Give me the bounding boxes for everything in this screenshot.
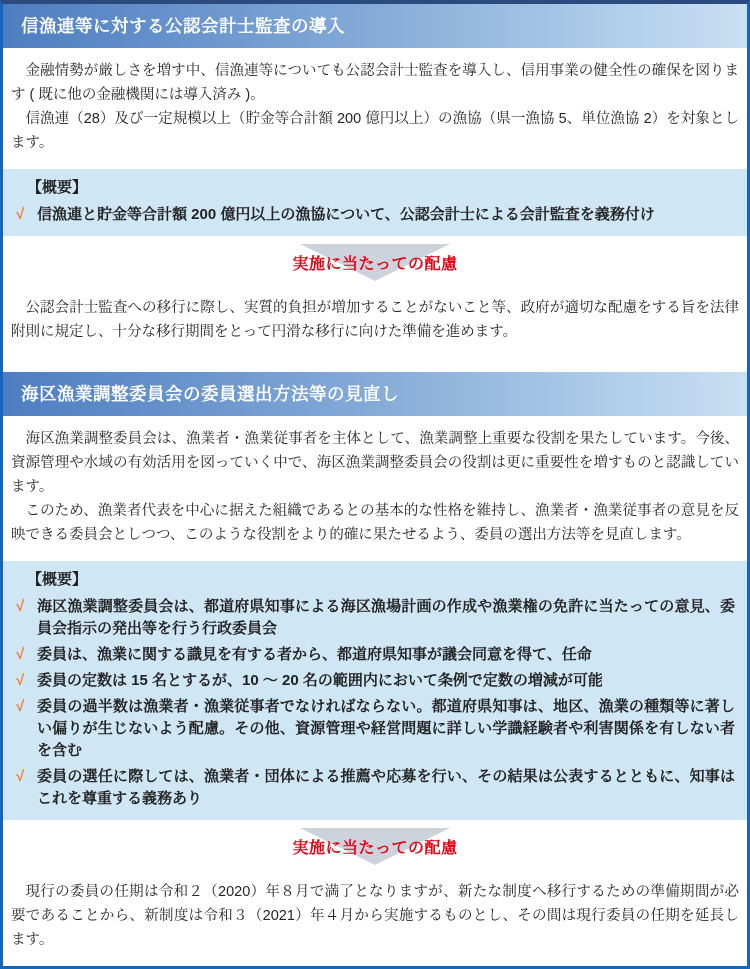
section-2-title: 海区漁業調整委員会の委員選出方法等の見直し xyxy=(21,384,399,404)
paragraph: 海区漁業調整委員会は、漁業者・漁業従事者を主体として、漁業調整上重要な役割を果た… xyxy=(11,427,739,499)
checklist-item-text: 信漁連と貯金等合計額 200 億円以上の漁協について、公認会計士による会計監査を… xyxy=(37,206,655,223)
checklist-item: √ 委員の定数は 15 名とするが、10 ～ 20 名の範囲内において条例で定数… xyxy=(15,670,735,692)
check-icon: √ xyxy=(16,766,24,788)
section-1-header: 信漁連等に対する公認会計士監査の導入 xyxy=(3,4,747,48)
section-2-header: 海区漁業調整委員会の委員選出方法等の見直し xyxy=(3,372,747,416)
checklist-item-text: 委員の過半数は漁業者・漁業従事者でなければならない。都道府県知事は、地区、漁業の… xyxy=(37,698,735,759)
checklist-item-text: 海区漁業調整委員会は、都道府県知事による海区漁場計画の作成や漁業権の免許に当たっ… xyxy=(37,598,735,637)
section-2-consideration: 現行の委員の任期は令和２（2020）年８月で満了となりますが、新たな制度へ移行す… xyxy=(3,869,747,966)
overview-checklist: √ 信漁連と貯金等合計額 200 億円以上の漁協について、公認会計士による会計監… xyxy=(15,204,735,226)
check-icon: √ xyxy=(16,670,24,692)
paragraph: 公認会計士監査への移行に際し、実質的負担が増加することがないこと等、政府が適切な… xyxy=(11,296,739,344)
section-2-overview-box: 【概要】 √ 海区漁業調整委員会は、都道府県知事による海区漁場計画の作成や漁業権… xyxy=(3,561,747,820)
checklist-item: √ 委員の過半数は漁業者・漁業従事者でなければならない。都道府県知事は、地区、漁… xyxy=(15,696,735,762)
notice-label: 実施に当たっての配慮 xyxy=(3,251,747,274)
section-2-notice: 実施に当たっての配慮 xyxy=(3,825,747,869)
overview-heading: 【概要】 xyxy=(15,568,735,592)
paragraph: 金融情勢が厳しさを増す中、信漁連等についても公認会計士監査を導入し、信用事業の健… xyxy=(11,59,739,107)
checklist-item: √ 委員は、漁業に関する識見を有する者から、都道府県知事が議会同意を得て、任命 xyxy=(15,644,735,666)
check-icon: √ xyxy=(16,696,24,718)
notice-label: 実施に当たっての配慮 xyxy=(3,835,747,858)
paragraph: 現行の委員の任期は令和２（2020）年８月で満了となりますが、新たな制度へ移行す… xyxy=(11,880,739,952)
checklist-item: √ 委員の選任に際しては、漁業者・団体による推薦や応募を行い、その結果は公表する… xyxy=(15,766,735,810)
checklist-item-text: 委員の選任に際しては、漁業者・団体による推薦や応募を行い、その結果は公表するとと… xyxy=(37,768,735,807)
check-icon: √ xyxy=(16,596,24,618)
check-icon: √ xyxy=(16,204,24,226)
paragraph: このため、漁業者代表を中心に据えた組織であるとの基本的な性格を維持し、漁業者・漁… xyxy=(11,499,739,547)
checklist-item-text: 委員は、漁業に関する識見を有する者から、都道府県知事が議会同意を得て、任命 xyxy=(37,646,592,663)
checklist-item: √ 信漁連と貯金等合計額 200 億円以上の漁協について、公認会計士による会計監… xyxy=(15,204,735,226)
paragraph: 信漁連（28）及び一定規模以上（貯金等合計額 200 億円以上）の漁協（県一漁協… xyxy=(11,107,739,155)
section-1-intro: 金融情勢が厳しさを増す中、信漁連等についても公認会計士監査を導入し、信用事業の健… xyxy=(3,48,747,163)
check-icon: √ xyxy=(16,644,24,666)
overview-heading: 【概要】 xyxy=(15,176,735,200)
checklist-item: √ 海区漁業調整委員会は、都道府県知事による海区漁場計画の作成や漁業権の免許に当… xyxy=(15,596,735,640)
section-1-consideration: 公認会計士監査への移行に際し、実質的負担が増加することがないこと等、政府が適切な… xyxy=(3,285,747,372)
overview-checklist: √ 海区漁業調整委員会は、都道府県知事による海区漁場計画の作成や漁業権の免許に当… xyxy=(15,596,735,810)
section-1-overview-box: 【概要】 √ 信漁連と貯金等合計額 200 億円以上の漁協について、公認会計士に… xyxy=(3,169,747,236)
section-1-notice: 実施に当たっての配慮 xyxy=(3,241,747,285)
section-1-title: 信漁連等に対する公認会計士監査の導入 xyxy=(21,16,345,36)
checklist-item-text: 委員の定数は 15 名とするが、10 ～ 20 名の範囲内において条例で定数の増… xyxy=(37,672,603,689)
section-2-intro: 海区漁業調整委員会は、漁業者・漁業従事者を主体として、漁業調整上重要な役割を果た… xyxy=(3,416,747,555)
document-page: 信漁連等に対する公認会計士監査の導入 金融情勢が厳しさを増す中、信漁連等について… xyxy=(0,0,750,969)
